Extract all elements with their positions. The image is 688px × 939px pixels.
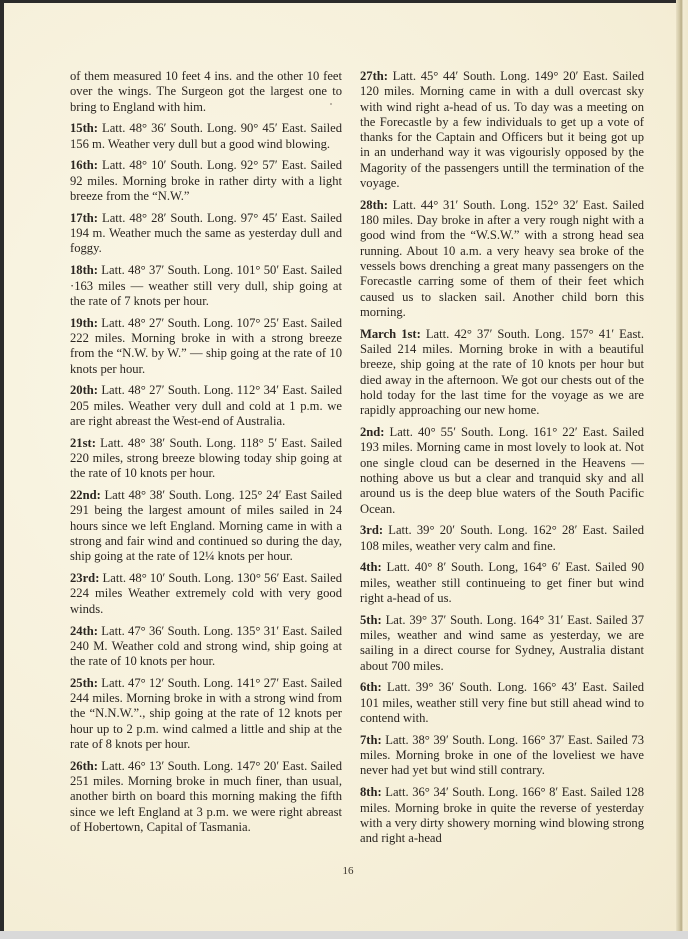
- diary-entry: 7th: Latt. 38° 39′ South. Long. 166° 37′…: [360, 733, 644, 779]
- entry-text: Latt. 48° 10′ South. Long. 130° 56′ East…: [70, 571, 342, 616]
- entry-date: 16th:: [70, 158, 98, 172]
- entry-text: Latt. 48° 36′ South. Long. 90° 45′ East.…: [70, 121, 342, 150]
- diary-entry: of them measured 10 feet 4 ins. and the …: [70, 69, 342, 115]
- entry-text: Latt. 48° 28′ South. Long. 97° 45′ East.…: [70, 211, 342, 256]
- paper-speck: [630, 155, 632, 157]
- entry-text: Latt. 48° 37′ South. Long. 101° 50′ East…: [70, 263, 342, 308]
- diary-entry: 27th: Latt. 45° 44′ South. Long. 149° 20…: [360, 69, 644, 191]
- entry-text: Latt. 48° 38′ South. Long. 118° 5′ East.…: [70, 436, 342, 481]
- entry-text: Latt. 36° 34′ South. Long. 166° 8′ East.…: [360, 785, 644, 845]
- diary-entry: 5th: Lat. 39° 37′ South. Long. 164° 31′ …: [360, 613, 644, 674]
- right-column: 27th: Latt. 45° 44′ South. Long. 149° 20…: [360, 69, 644, 853]
- diary-entry: 16th: Latt. 48° 10′ South. Long. 92° 57′…: [70, 158, 342, 204]
- entry-date: 5th:: [360, 613, 382, 627]
- entry-text: of them measured 10 feet 4 ins. and the …: [70, 69, 342, 114]
- diary-entry: 28th: Latt. 44° 31′ South. Long. 152° 32…: [360, 198, 644, 320]
- entry-date: 28th:: [360, 198, 388, 212]
- entry-date: 21st:: [70, 436, 96, 450]
- scan-bottom-edge: [0, 931, 688, 939]
- diary-entry: 18th: Latt. 48° 37′ South. Long. 101° 50…: [70, 263, 342, 309]
- entry-text: Latt. 45° 44′ South. Long. 149° 20′ East…: [360, 69, 644, 190]
- diary-entry: 25th: Latt. 47° 12′ South. Long. 141° 27…: [70, 676, 342, 752]
- entry-date: March 1st:: [360, 327, 421, 341]
- entry-text: Lat. 39° 37′ South. Long. 164° 31′ East.…: [360, 613, 644, 673]
- entry-date: 26th:: [70, 759, 98, 773]
- diary-entry: March 1st: Latt. 42° 37′ South. Long. 15…: [360, 327, 644, 419]
- entry-date: 17th:: [70, 211, 98, 225]
- entry-text: Latt. 40° 55′ South. Long. 161° 22′ East…: [360, 425, 644, 515]
- entry-date: 15th:: [70, 121, 98, 135]
- entry-text: Latt. 48° 27′ South. Long. 112° 34′ East…: [70, 383, 342, 428]
- entry-date: 6th:: [360, 680, 382, 694]
- page-number: 16: [4, 865, 688, 877]
- entry-date: 24th:: [70, 624, 98, 638]
- entry-text: Latt. 48° 27′ South. Long. 107° 25′ East…: [70, 316, 342, 376]
- entry-date: 20th:: [70, 383, 98, 397]
- entry-date: 27th:: [360, 69, 388, 83]
- book-page: of them measured 10 feet 4 ins. and the …: [4, 3, 688, 931]
- entry-date: 8th:: [360, 785, 382, 799]
- paper-speck: [330, 103, 332, 105]
- entry-text: Latt. 47° 12′ South. Long. 141° 27′ East…: [70, 676, 342, 751]
- entry-date: 3rd:: [360, 523, 383, 537]
- entry-text: Latt. 40° 8′ South. Long, 164° 6′ East. …: [360, 560, 644, 605]
- diary-entry: 24th: Latt. 47° 36′ South. Long. 135° 31…: [70, 624, 342, 670]
- entry-text: Latt 48° 38′ South. Long. 125° 24′ East …: [70, 488, 342, 563]
- diary-entry: 21st: Latt. 48° 38′ South. Long. 118° 5′…: [70, 436, 342, 482]
- entry-text: Latt. 39° 20′ South. Long. 162° 28′ East…: [360, 523, 644, 552]
- diary-entry: 8th: Latt. 36° 34′ South. Long. 166° 8′ …: [360, 785, 644, 846]
- entry-date: 4th:: [360, 560, 382, 574]
- diary-entry: 3rd: Latt. 39° 20′ South. Long. 162° 28′…: [360, 523, 644, 554]
- diary-entry: 15th: Latt. 48° 36′ South. Long. 90° 45′…: [70, 121, 342, 152]
- diary-entry: 23rd: Latt. 48° 10′ South. Long. 130° 56…: [70, 571, 342, 617]
- diary-entry: 17th: Latt. 48° 28′ South. Long. 97° 45′…: [70, 211, 342, 257]
- entry-date: 22nd:: [70, 488, 101, 502]
- entry-date: 7th:: [360, 733, 382, 747]
- entry-date: 25th:: [70, 676, 98, 690]
- entry-date: 2nd:: [360, 425, 385, 439]
- page-fold-shadow: [676, 0, 688, 931]
- entry-date: 19th:: [70, 316, 98, 330]
- entry-text: Latt. 46° 13′ South. Long. 147° 20′ East…: [70, 759, 342, 834]
- entry-text: Latt. 44° 31′ South. Long. 152° 32′ East…: [360, 198, 644, 319]
- diary-entry: 4th: Latt. 40° 8′ South. Long, 164° 6′ E…: [360, 560, 644, 606]
- entry-text: Latt. 38° 39′ South. Long. 166° 37′ East…: [360, 733, 644, 778]
- entry-text: Latt. 48° 10′ South. Long. 92° 57′ East.…: [70, 158, 342, 203]
- diary-entry: 20th: Latt. 48° 27′ South. Long. 112° 34…: [70, 383, 342, 429]
- diary-entry: 6th: Latt. 39° 36′ South. Long. 166° 43′…: [360, 680, 644, 726]
- entry-text: Latt. 47° 36′ South. Long. 135° 31′ East…: [70, 624, 342, 669]
- entry-date: 23rd:: [70, 571, 99, 585]
- diary-entry: 19th: Latt. 48° 27′ South. Long. 107° 25…: [70, 316, 342, 377]
- entry-text: Latt. 39° 36′ South. Long. 166° 43′ East…: [360, 680, 644, 725]
- entry-date: 18th:: [70, 263, 98, 277]
- diary-entry: 2nd: Latt. 40° 55′ South. Long. 161° 22′…: [360, 425, 644, 517]
- left-column: of them measured 10 feet 4 ins. and the …: [70, 69, 342, 842]
- diary-entry: 22nd: Latt 48° 38′ South. Long. 125° 24′…: [70, 488, 342, 564]
- diary-entry: 26th: Latt. 46° 13′ South. Long. 147° 20…: [70, 759, 342, 835]
